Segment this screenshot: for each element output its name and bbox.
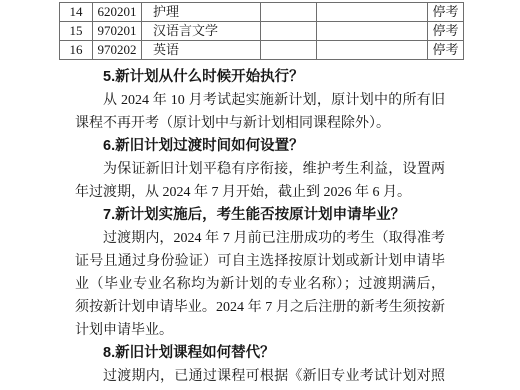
table-cell bbox=[261, 22, 317, 41]
question-heading: 5.新计划从什么时候开始执行？ bbox=[75, 66, 445, 89]
table-cell: 停考 bbox=[428, 22, 464, 41]
table-row: 16970202英语停考 bbox=[60, 41, 464, 60]
table-cell bbox=[317, 41, 428, 60]
answer-line: 计划申请毕业。 bbox=[75, 319, 445, 342]
table-cell bbox=[261, 3, 317, 22]
answer-line: 年过渡期，从 2024 年 7 月开始，截止到 2026 年 6 月。 bbox=[75, 181, 445, 204]
answer-line: 课程不再开考（原计划中与新计划相同课程除外）。 bbox=[75, 112, 445, 135]
answer-line: 业（毕业专业名称均为新计划的专业名称）；过渡期满后， bbox=[75, 273, 445, 296]
table-row: 14620201护理停考 bbox=[60, 3, 464, 22]
question-heading: 6.新旧计划过渡时间如何设置？ bbox=[75, 135, 445, 158]
table-cell: 970201 bbox=[93, 22, 142, 41]
question-heading: 7.新计划实施后，考生能否按原计划申请毕业？ bbox=[75, 204, 445, 227]
answer-line: 为保证新旧计划平稳有序衔接，维护考生利益，设置两 bbox=[75, 158, 445, 181]
table-cell bbox=[261, 41, 317, 60]
table-cell: 汉语言文学 bbox=[142, 22, 261, 41]
table-cell: 停考 bbox=[428, 3, 464, 22]
table-cell: 15 bbox=[60, 22, 93, 41]
table-cell: 14 bbox=[60, 3, 93, 22]
table-row: 15970201汉语言文学停考 bbox=[60, 22, 464, 41]
table-cell: 护理 bbox=[142, 3, 261, 22]
answer-line: 从 2024 年 10 月考试起实施新计划，原计划中的所有旧 bbox=[75, 89, 445, 112]
qa-text-block: 5.新计划从什么时候开始执行？从 2024 年 10 月考试起实施新计划，原计划… bbox=[75, 66, 445, 388]
question-heading: 8.新旧计划课程如何替代？ bbox=[75, 342, 445, 365]
answer-line: 须按新计划申请毕业。2024 年 7 月之后注册的新考生须按新 bbox=[75, 296, 445, 319]
table-cell: 英语 bbox=[142, 41, 261, 60]
table-cell: 16 bbox=[60, 41, 93, 60]
table-cell: 停考 bbox=[428, 41, 464, 60]
answer-line: 过渡期内，已通过课程可根据《新旧专业考试计划对照 bbox=[75, 365, 445, 388]
table-cell bbox=[317, 3, 428, 22]
answer-line: 证号且通过身份验证）可自主选择按原计划或新计划申请毕 bbox=[75, 250, 445, 273]
table-cell: 620201 bbox=[93, 3, 142, 22]
answer-line: 过渡期内，2024 年 7 月前已注册成功的考生（取得准考 bbox=[75, 227, 445, 250]
document-page: 14620201护理停考15970201汉语言文学停考16970202英语停考 … bbox=[0, 0, 520, 390]
table-cell: 970202 bbox=[93, 41, 142, 60]
table-cell bbox=[317, 22, 428, 41]
suspended-majors-table: 14620201护理停考15970201汉语言文学停考16970202英语停考 bbox=[59, 2, 464, 60]
